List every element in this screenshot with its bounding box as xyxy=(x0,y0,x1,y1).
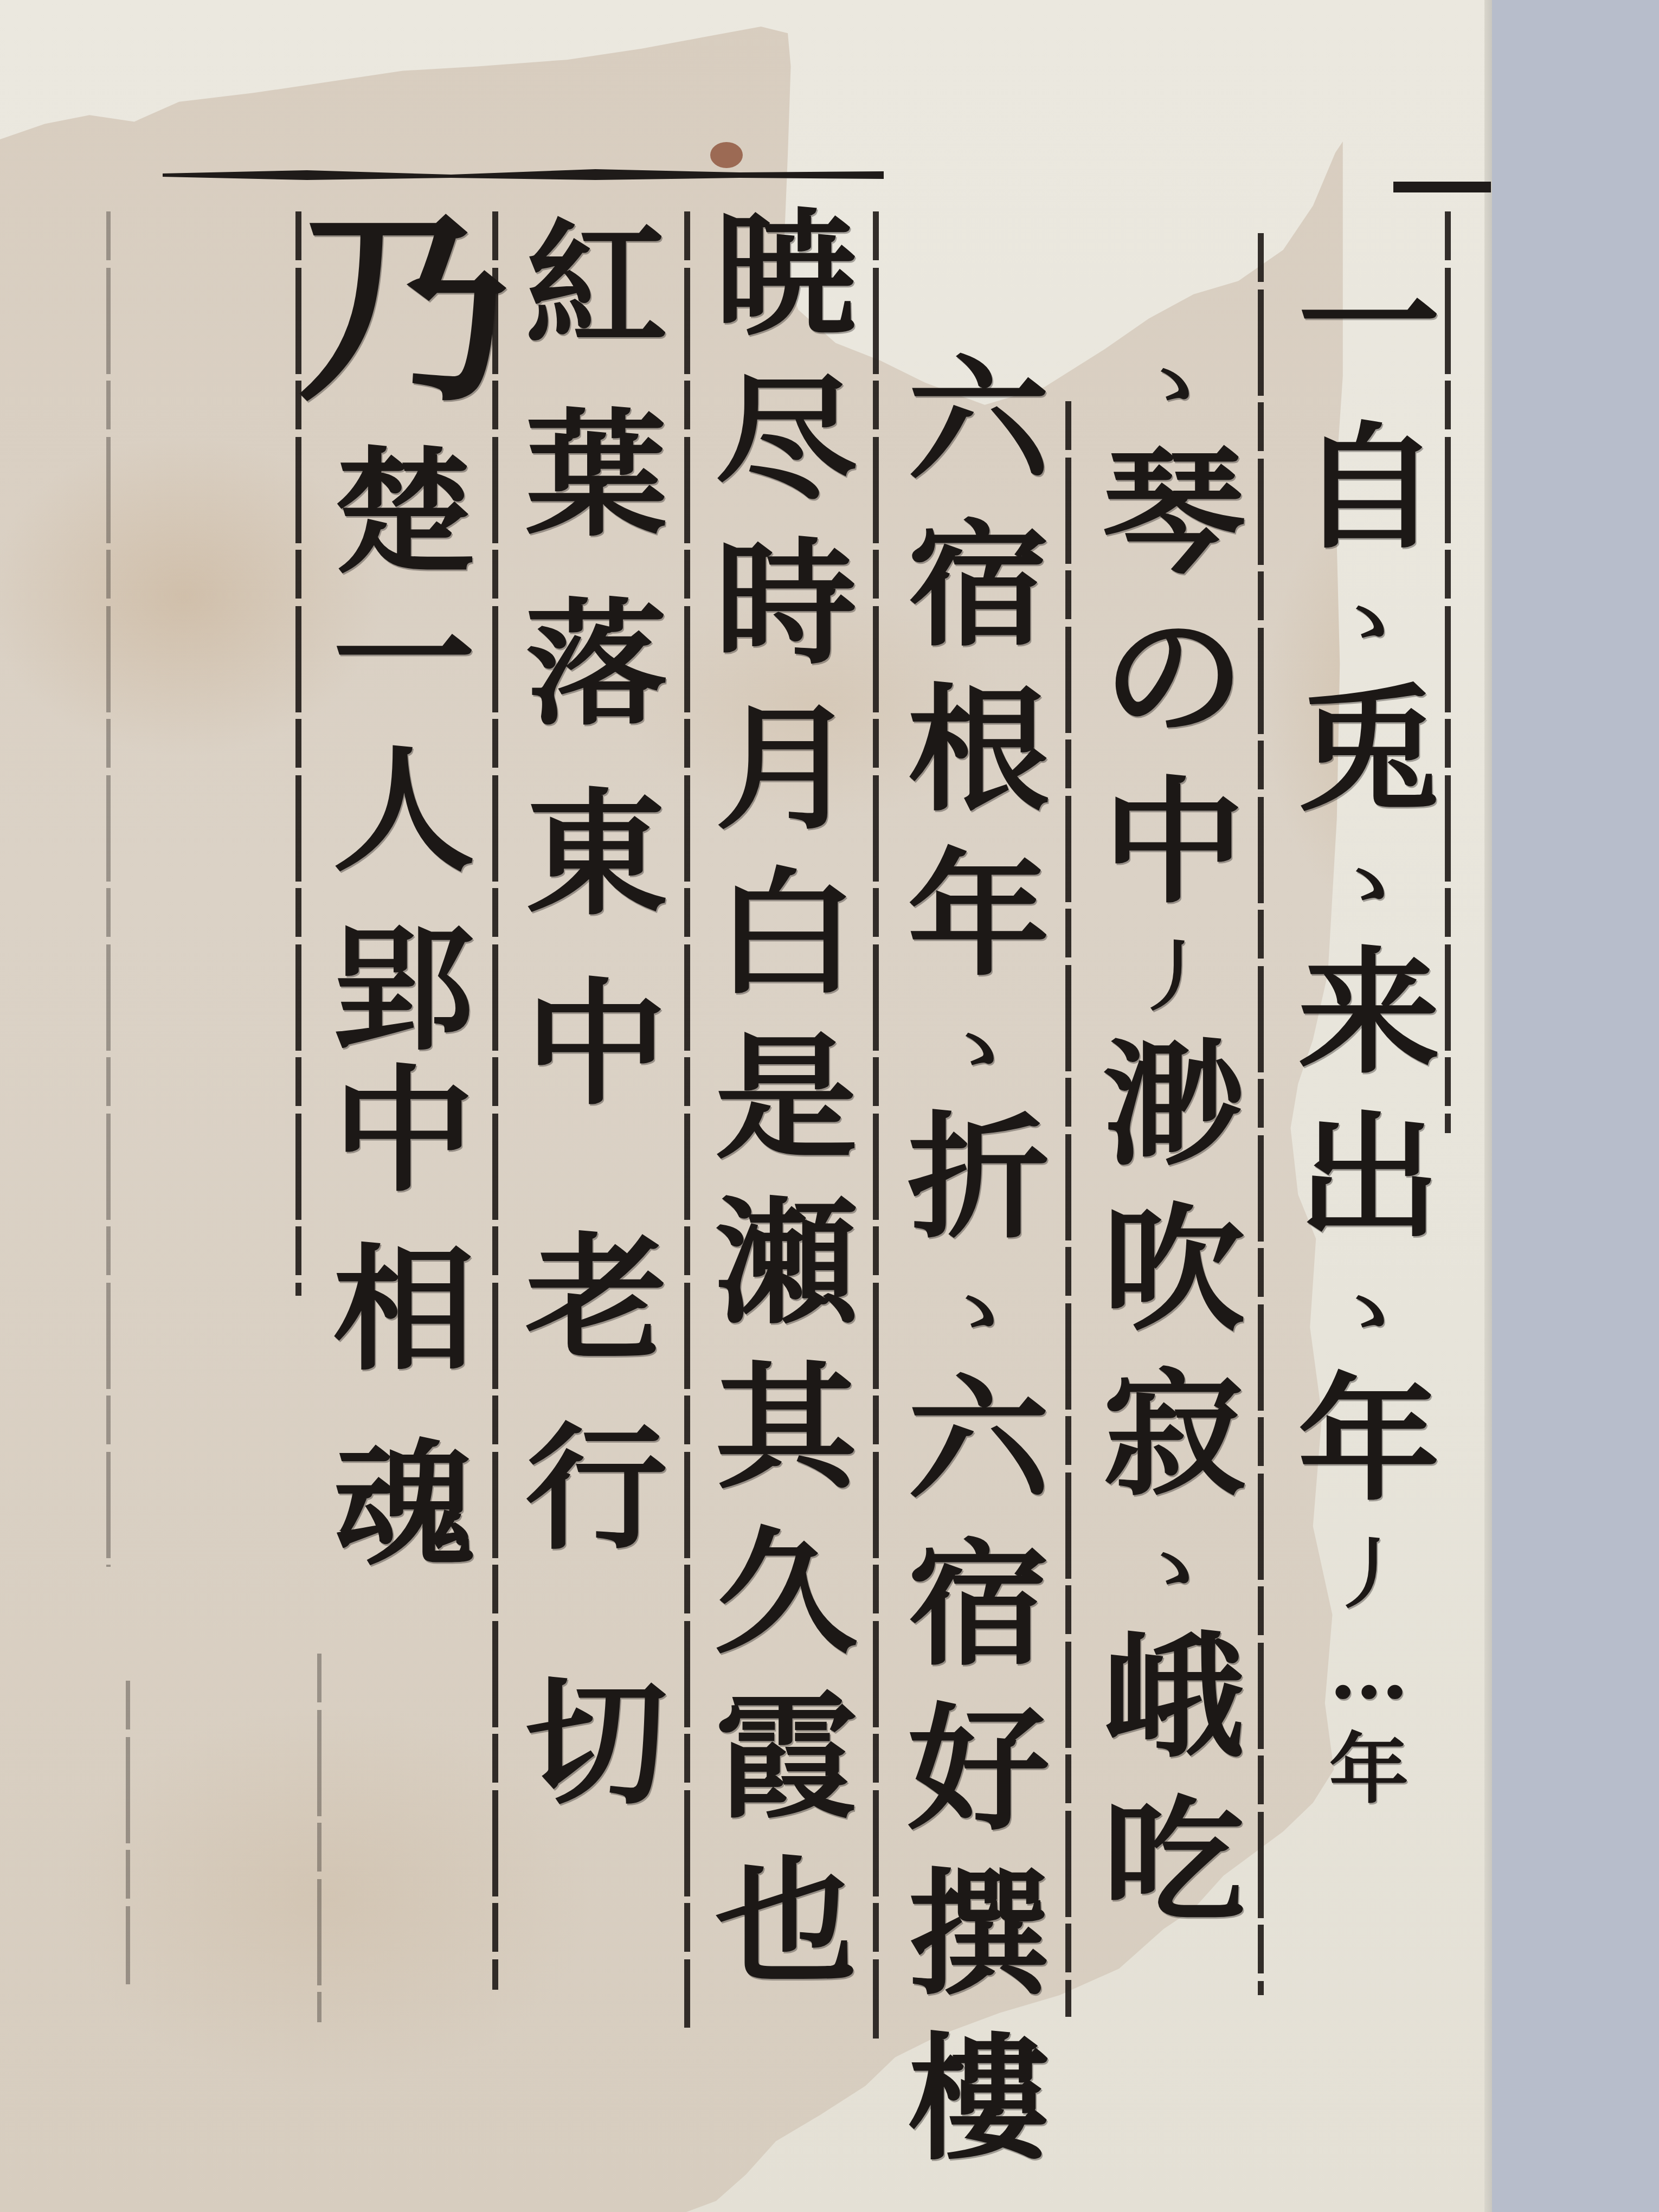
page-edge xyxy=(1484,0,1492,2212)
glyph: 中 xyxy=(525,976,668,1111)
column-rule xyxy=(684,211,690,2028)
glyph: 根 xyxy=(908,682,1050,818)
glyph: 年 xyxy=(908,847,1050,982)
glyph: 吃 xyxy=(1103,1793,1245,1929)
glyph: 宿 xyxy=(908,1536,1050,1672)
glyph: 相 xyxy=(333,1242,475,1377)
column-rule xyxy=(492,211,498,1990)
glyph: 好 xyxy=(908,1701,1050,1837)
text-column-4: 暁 尽 時 月 白 是 瀬 其 久 霞 也 xyxy=(710,206,862,2019)
glyph: 渺 xyxy=(1103,1037,1245,1172)
glyph: 丿 xyxy=(1329,1536,1409,1612)
glyph: 暁 xyxy=(715,206,858,342)
glyph: 寂 xyxy=(1103,1366,1245,1502)
column-rule xyxy=(1065,401,1071,2017)
glyph: ゝ xyxy=(1134,347,1213,423)
glyph: の xyxy=(1103,609,1245,745)
text-column-1: 一 自 ゝ 兎 ゝ 来 出 ゝ 年 丿 … 年 xyxy=(1298,255,1439,1829)
glyph: 琴 xyxy=(1103,445,1245,580)
text-column-6: 乃 楚 一 人 郢 中 相 魂 xyxy=(325,206,483,1602)
glyph: 是 xyxy=(715,1030,858,1166)
text-column-5: 紅 葉 落 東 中 老 行 切 xyxy=(520,217,672,1840)
glyph: 久 xyxy=(715,1525,858,1660)
glyph: 吹 xyxy=(1103,1201,1245,1337)
glyph: 其 xyxy=(715,1360,858,1495)
glyph: 六 xyxy=(908,1372,1050,1507)
column-rule xyxy=(317,1654,321,2022)
column-rule xyxy=(1258,233,1264,1995)
glyph: 折 xyxy=(908,1109,1050,1245)
glyph: ゝ xyxy=(938,1012,1018,1088)
glyph: ゝ xyxy=(1329,847,1409,923)
glyph: 乃 xyxy=(296,206,512,412)
glyph: 紅 xyxy=(525,217,668,352)
glyph: 年 xyxy=(1298,1372,1441,1507)
glyph: 出 xyxy=(1298,1109,1441,1245)
glyph: 時 xyxy=(715,536,858,671)
glyph: 人 xyxy=(333,743,475,878)
column-rule xyxy=(106,211,111,1567)
glyph: 一 xyxy=(1298,255,1441,390)
red-spot xyxy=(710,142,743,168)
column-rule xyxy=(1445,211,1451,1133)
glyph: 魂 xyxy=(333,1437,475,1572)
glyph: 尽 xyxy=(715,371,858,506)
glyph: 白 xyxy=(715,865,858,1001)
top-frame-border-right xyxy=(1393,182,1491,192)
glyph: ゝ xyxy=(1329,584,1409,660)
glyph: 樓 xyxy=(908,2031,1050,2166)
glyph: 楚 xyxy=(333,445,475,580)
glyph: 峨 xyxy=(1103,1629,1245,1764)
glyph: ゝ xyxy=(1134,1531,1213,1607)
glyph: ゝ xyxy=(938,1274,1018,1350)
glyph: 郢 xyxy=(333,922,475,1057)
glyph: 瀬 xyxy=(715,1195,858,1330)
glyph: 老 xyxy=(525,1231,668,1366)
glyph: ゝ xyxy=(1329,1274,1409,1350)
glyph: 兎 xyxy=(1298,682,1441,818)
column-rule xyxy=(873,211,879,2039)
glyph: … xyxy=(1329,1634,1409,1710)
glyph: 切 xyxy=(525,1675,668,1811)
glyph: 宿 xyxy=(908,517,1050,653)
glyph: 一 xyxy=(333,591,475,726)
glyph: 六 xyxy=(908,352,1050,488)
glyph: 年 xyxy=(1329,1732,1409,1808)
glyph: 也 xyxy=(715,1854,858,1990)
glyph: 行 xyxy=(525,1420,668,1556)
glyph: 自 xyxy=(1298,420,1441,555)
glyph: 月 xyxy=(715,700,858,836)
glyph: 中 xyxy=(1103,774,1245,910)
text-column-2: ゝ 琴 の 中 丿 渺 吹 寂 ゝ 峨 吃 xyxy=(1101,347,1247,1958)
glyph: 中 xyxy=(333,1063,475,1198)
glyph: 落 xyxy=(525,596,668,732)
glyph: 霞 xyxy=(715,1689,858,1825)
text-column-3: 六 宿 根 年 ゝ 折 ゝ 六 宿 好 撰 樓 xyxy=(903,352,1054,2196)
column-rule xyxy=(126,1681,130,1984)
glyph: 東 xyxy=(525,786,668,922)
glyph: 丿 xyxy=(1134,939,1213,1015)
glyph: 来 xyxy=(1298,944,1441,1080)
glyph: 撰 xyxy=(908,1866,1050,2002)
glyph: 葉 xyxy=(525,407,668,542)
